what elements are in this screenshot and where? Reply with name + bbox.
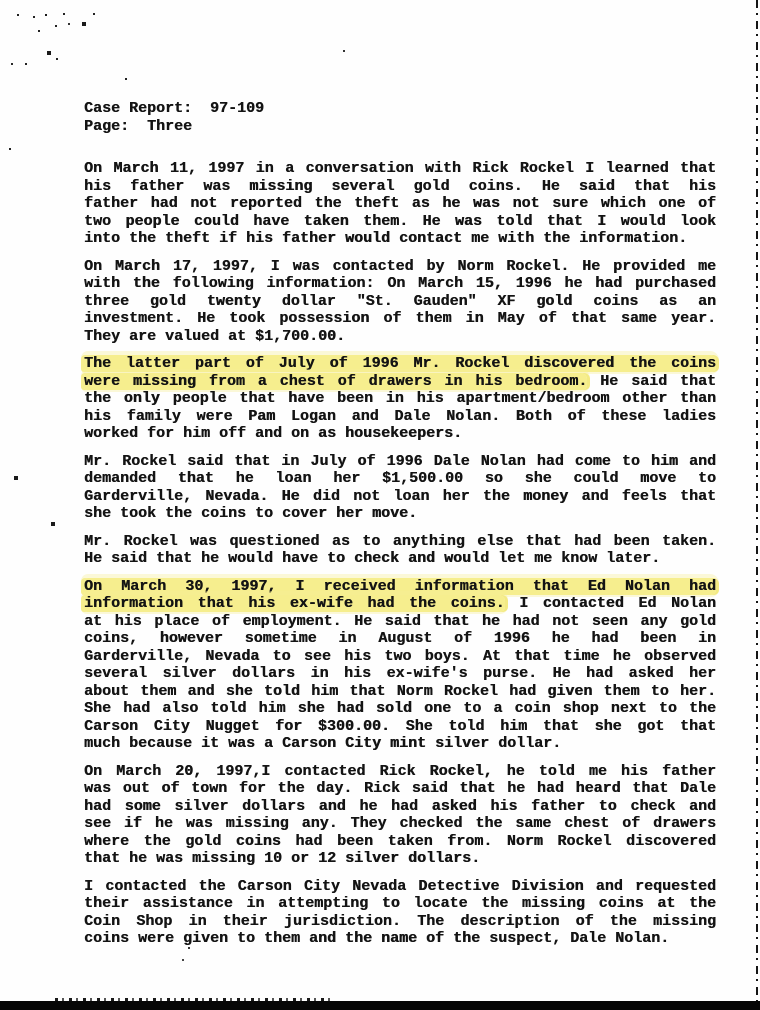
text-segment: worked for him off and on as housekeeper… — [84, 425, 462, 442]
paragraph: Mr. Rockel said that in July of 1996 Dal… — [84, 453, 716, 523]
text-segment: On March 20, 1997,I contacted Rick Rocke… — [84, 763, 716, 780]
document-line: were missing from a chest of drawers in … — [84, 373, 716, 391]
scan-speckles — [0, 0, 2, 2]
document-line: father had not reported the theft as he … — [84, 195, 716, 213]
text-segment: They are valued at $1,700.00. — [84, 328, 345, 345]
document-line: his father was missing several gold coin… — [84, 178, 716, 196]
text-segment: that he was missing 10 or 12 silver doll… — [84, 850, 480, 867]
text-segment: three gold twenty dollar "St. Gauden" XF… — [84, 293, 716, 310]
text-segment: He said that he would have to check and … — [84, 550, 660, 567]
document-line: information that his ex-wife had the coi… — [84, 595, 716, 613]
text-segment: Garderville, Nevada. He did not loan her… — [84, 488, 716, 505]
document-line: Garderville, Nevada. He did not loan her… — [84, 488, 716, 506]
paragraph: On March 20, 1997,I contacted Rick Rocke… — [84, 763, 716, 868]
document-line: coins, however sometime in August of 199… — [84, 630, 716, 648]
document-line: On March 20, 1997,I contacted Rick Rocke… — [84, 763, 716, 781]
document-line: investment. He took possession of them i… — [84, 310, 716, 328]
text-segment: Carson City Nugget for $300.00. She told… — [84, 718, 716, 735]
highlighted-text: information that his ex-wife had the coi… — [84, 595, 505, 612]
document-line: Coin Shop in their jurisdiction. The des… — [84, 913, 716, 931]
document-line: into the theft if his father would conta… — [84, 230, 716, 248]
text-segment: On March 11, 1997 in a conversation with… — [84, 160, 716, 177]
document-line: Mr. Rockel was questioned as to anything… — [84, 533, 716, 551]
report-body: On March 11, 1997 in a conversation with… — [84, 160, 716, 948]
text-segment: his father was missing several gold coin… — [84, 178, 716, 195]
document-line: On March 17, 1997, I was contacted by No… — [84, 258, 716, 276]
document-line: was out of town for the day. Rick said t… — [84, 780, 716, 798]
document-line: at his place of employment. He said that… — [84, 613, 716, 631]
text-segment: his family were Pam Logan and Dale Nolan… — [84, 408, 716, 425]
bottom-scan-bar — [0, 1001, 760, 1010]
text-segment: much because it was a Carson City mint s… — [84, 735, 561, 752]
right-edge-scan-line — [756, 0, 758, 1001]
text-segment: Coin Shop in their jurisdiction. The des… — [84, 913, 716, 930]
text-segment: into the theft if his father would conta… — [84, 230, 687, 247]
text-segment: She had also told him she had sold one t… — [84, 700, 716, 717]
document-line: two people could have taken them. He was… — [84, 213, 716, 231]
text-segment: Mr. Rockel was questioned as to anything… — [84, 533, 716, 550]
text-segment: Garderville, Nevada to see his two boys.… — [84, 648, 716, 665]
document-text-block: Case Report: 97-109 Page: Three On March… — [84, 100, 716, 958]
paragraph: The latter part of July of 1996 Mr. Rock… — [84, 355, 716, 443]
text-segment: father had not reported the theft as he … — [84, 195, 716, 212]
document-line: worked for him off and on as housekeeper… — [84, 425, 716, 443]
paragraph: I contacted the Carson City Nevada Detec… — [84, 878, 716, 948]
document-line: Carson City Nugget for $300.00. She told… — [84, 718, 716, 736]
document-line: several silver dollars in his ex-wife's … — [84, 665, 716, 683]
text-segment: coins, however sometime in August of 199… — [84, 630, 716, 647]
text-segment: about them and she told him that Norm Ro… — [84, 683, 716, 700]
document-line: where the gold coins had been taken from… — [84, 833, 716, 851]
text-segment: their assistance in attempting to locate… — [84, 895, 716, 912]
text-segment: see if he was missing any. They checked … — [84, 815, 716, 832]
text-segment: coins were given to them and the name of… — [84, 930, 669, 947]
document-line: He said that he would have to check and … — [84, 550, 716, 568]
document-line: three gold twenty dollar "St. Gauden" XF… — [84, 293, 716, 311]
document-line: coins were given to them and the name of… — [84, 930, 716, 948]
highlighted-text: were missing from a chest of drawers in … — [84, 373, 587, 390]
document-line: Garderville, Nevada to see his two boys.… — [84, 648, 716, 666]
page-number-header: Page: Three — [84, 118, 716, 136]
highlighted-text: The latter part of July of 1996 Mr. Rock… — [84, 355, 716, 372]
document-line: see if he was missing any. They checked … — [84, 815, 716, 833]
text-segment: Mr. Rockel said that in July of 1996 Dal… — [84, 453, 716, 470]
text-segment: investment. He took possession of them i… — [84, 310, 716, 327]
scanned-case-report-page: Case Report: 97-109 Page: Three On March… — [0, 0, 760, 1010]
document-line: On March 11, 1997 in a conversation with… — [84, 160, 716, 178]
text-segment: two people could have taken them. He was… — [84, 213, 716, 230]
document-line: his family were Pam Logan and Dale Nolan… — [84, 408, 716, 426]
document-line: Mr. Rockel said that in July of 1996 Dal… — [84, 453, 716, 471]
text-segment: where the gold coins had been taken from… — [84, 833, 716, 850]
text-segment: she took the coins to cover her move. — [84, 505, 417, 522]
highlighted-text: On March 30, 1997, I received informatio… — [84, 578, 716, 595]
document-line: about them and she told him that Norm Ro… — [84, 683, 716, 701]
text-segment: demanded that he loan her $1,500.00 so s… — [84, 470, 716, 487]
document-line: They are valued at $1,700.00. — [84, 328, 716, 346]
document-line: demanded that he loan her $1,500.00 so s… — [84, 470, 716, 488]
text-segment: was out of town for the day. Rick said t… — [84, 780, 716, 797]
document-line: The latter part of July of 1996 Mr. Rock… — [84, 355, 716, 373]
document-line: much because it was a Carson City mint s… — [84, 735, 716, 753]
document-line: On March 30, 1997, I received informatio… — [84, 578, 716, 596]
text-segment: had some silver dollars and he had asked… — [84, 798, 716, 815]
text-segment: He said that — [587, 373, 716, 390]
text-segment: I contacted Ed Nolan — [505, 595, 716, 612]
document-line: that he was missing 10 or 12 silver doll… — [84, 850, 716, 868]
document-line: with the following information: On March… — [84, 275, 716, 293]
text-segment: at his place of employment. He said that… — [84, 613, 716, 630]
case-report-header: Case Report: 97-109 — [84, 100, 716, 118]
paragraph: On March 30, 1997, I received informatio… — [84, 578, 716, 753]
document-line: the only people that have been in his ap… — [84, 390, 716, 408]
text-segment: the only people that have been in his ap… — [84, 390, 716, 407]
paragraph: Mr. Rockel was questioned as to anything… — [84, 533, 716, 568]
text-segment: several silver dollars in his ex-wife's … — [84, 665, 716, 682]
document-line: she took the coins to cover her move. — [84, 505, 716, 523]
paragraph: On March 11, 1997 in a conversation with… — [84, 160, 716, 248]
text-segment: with the following information: On March… — [84, 275, 716, 292]
document-line: their assistance in attempting to locate… — [84, 895, 716, 913]
paragraph: On March 17, 1997, I was contacted by No… — [84, 258, 716, 346]
text-segment: On March 17, 1997, I was contacted by No… — [84, 258, 716, 275]
document-line: She had also told him she had sold one t… — [84, 700, 716, 718]
document-line: I contacted the Carson City Nevada Detec… — [84, 878, 716, 896]
text-segment: I contacted the Carson City Nevada Detec… — [84, 878, 716, 895]
document-line: had some silver dollars and he had asked… — [84, 798, 716, 816]
